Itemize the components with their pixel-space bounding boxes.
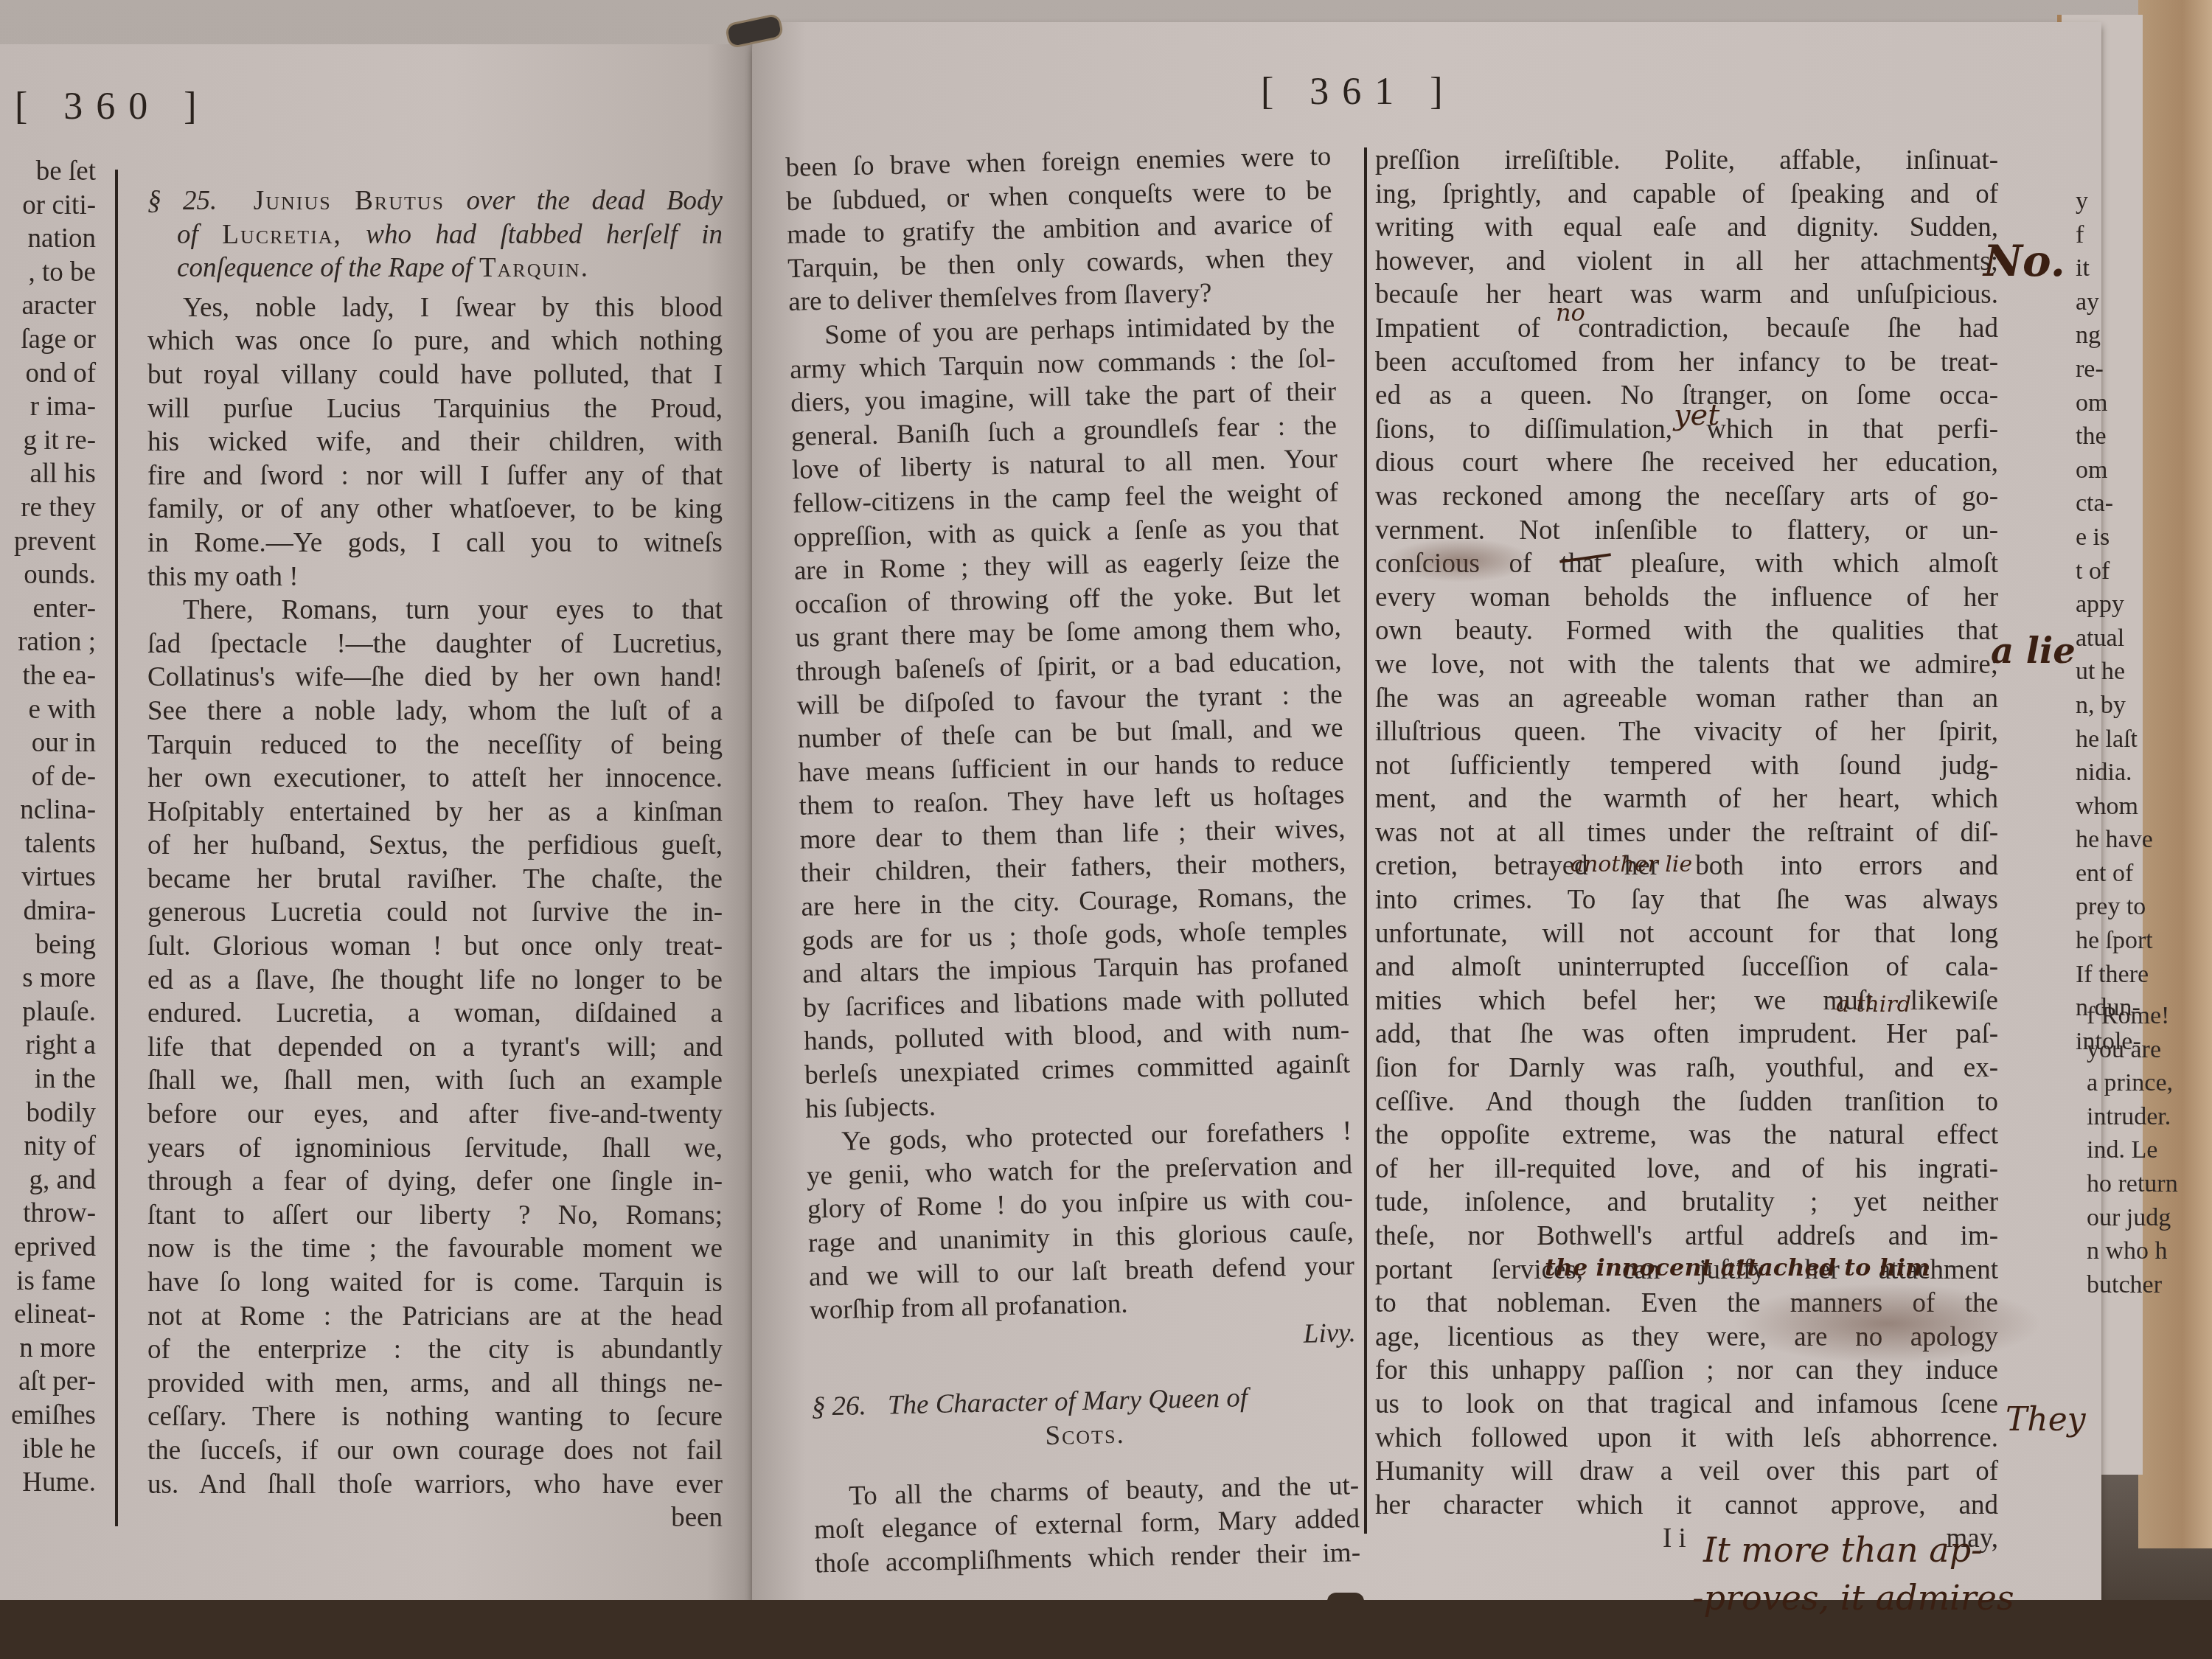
section-number: § 26. bbox=[811, 1391, 866, 1422]
fragment-line: prey to bbox=[2076, 890, 2153, 924]
text-line: of her ill-requited love, and of his ing… bbox=[1375, 1152, 1998, 1186]
fragment-line: nity of bbox=[0, 1130, 96, 1164]
left-folio: [ 360 ] bbox=[15, 85, 210, 128]
fragment-line: our judg bbox=[2087, 1201, 2178, 1235]
fragment-line: ind. Le bbox=[2087, 1133, 2178, 1167]
text-line: ceſſive. And though the ſudden tranſitio… bbox=[1375, 1085, 1998, 1119]
annotation-yet: yet bbox=[1674, 398, 1719, 432]
fragment-line: , to be bbox=[0, 256, 96, 290]
section-26-body: To all the charms of beauty, and the ut-… bbox=[813, 1469, 1361, 1581]
text-line: which followed upon it with leſs abhorre… bbox=[1375, 1422, 1998, 1455]
text-line: own beauty. Formed with the qualities th… bbox=[1375, 614, 1998, 648]
annotation-bottom-2: -proves, it admires bbox=[1692, 1578, 2014, 1618]
fragment-line: r ima- bbox=[0, 390, 96, 424]
text-line: theſe, nor Bothwell's artful addreſs and… bbox=[1375, 1220, 1998, 1253]
book-photo: [ 360 ] [ 361 ] be ſetor citi-nation, to… bbox=[0, 0, 2212, 1659]
annotation-a-lie: a lie bbox=[1991, 630, 2076, 672]
fragment-line: prevent bbox=[0, 525, 96, 559]
fragment-line: ent of bbox=[2076, 857, 2153, 891]
text-line: became her brutal raviſher. The chaſte, … bbox=[147, 863, 723, 897]
section-26: § 26. The Character of Mary Queen of Sco… bbox=[811, 1380, 1360, 1581]
text-line: before our eyes, and after five-and-twen… bbox=[147, 1098, 723, 1132]
text-line: into crimes. To ſay that ſhe was always bbox=[1375, 883, 1998, 917]
text-line: through a fear of dying, defer one ſingl… bbox=[147, 1165, 723, 1199]
fragment-line: he have bbox=[2076, 823, 2153, 857]
fragment-line: it bbox=[2076, 251, 2153, 285]
fragment-line: throw- bbox=[0, 1197, 96, 1231]
fragment-line: butcher bbox=[2087, 1268, 2178, 1302]
fragment-line: intruder. bbox=[2087, 1100, 2178, 1134]
fragment-line: ond of bbox=[0, 357, 96, 391]
fragment-line: n, by bbox=[2076, 689, 2153, 723]
fragment-line: enter- bbox=[0, 592, 96, 626]
fragment-line: aſt per- bbox=[0, 1365, 96, 1399]
text-line: Impatient of contradiction, becauſe ſhe … bbox=[1375, 312, 1998, 346]
text-line: preſſion irreſiſtible. Polite, affable, … bbox=[1375, 144, 1998, 178]
fragment-line: re- bbox=[2076, 352, 2153, 386]
annotation-bottom-1: It more than ap- bbox=[1703, 1530, 1983, 1570]
text-line: ment, and the warmth of her heart, which bbox=[1375, 782, 1998, 816]
section-25-heading: § 25. Junius Brutus over the dead Body bbox=[147, 184, 723, 218]
fragment-line: ible he bbox=[0, 1433, 96, 1467]
underlying-fragments-top: yfitayngre-omtheomcta-e ist ofappyatualu… bbox=[2076, 184, 2153, 1058]
text-line: but royal villany could have polluted, t… bbox=[147, 358, 723, 392]
fragment-line: nidia. bbox=[2076, 756, 2153, 790]
text-line: provided with men, arms, and all things … bbox=[147, 1367, 723, 1401]
text-line: becauſe her heart was warm and unſuſpici… bbox=[1375, 278, 1998, 312]
text-line: been accuſtomed from her infancy to be t… bbox=[1375, 346, 1998, 380]
fragment-line: is fame bbox=[0, 1265, 96, 1298]
fragment-line: ounds. bbox=[0, 558, 96, 592]
annotation-another-lie: another lie bbox=[1571, 852, 1692, 877]
right-column-a: been ſo brave when foreign enemies were … bbox=[785, 140, 1360, 1581]
text-line: of her huſband, Sextus, the perfidious g… bbox=[147, 829, 723, 863]
fragment-line: be ſet bbox=[0, 155, 96, 189]
fragment-line: talents bbox=[0, 827, 96, 861]
fragment-line: atual bbox=[2076, 622, 2153, 655]
fragment-line: n more bbox=[0, 1332, 96, 1366]
fragment-line: of de- bbox=[0, 760, 96, 794]
annotation-no-small: no bbox=[1556, 299, 1585, 327]
fragment-line: ſage or bbox=[0, 323, 96, 357]
text-line: ſad ſpectacle !—the daughter of Lucretiu… bbox=[147, 627, 723, 661]
text-line: unfortunate, will not account for that l… bbox=[1375, 917, 1998, 951]
fragment-line: f bbox=[2076, 218, 2153, 252]
fragment-line: in the bbox=[0, 1062, 96, 1096]
section-25-heading-3: conſequence of the Rape of Tarquin. bbox=[147, 251, 723, 285]
fragment-line: dmira- bbox=[0, 894, 96, 928]
text-line: ceſſary. There is nothing wanting to ſec… bbox=[147, 1400, 723, 1434]
fragment-line: om bbox=[2076, 386, 2153, 420]
right-folio: [ 361 ] bbox=[1261, 70, 1456, 114]
text-line: Humanity will draw a veil over this part… bbox=[1375, 1455, 1998, 1489]
text-line: See there a noble lady, whom the luſt of… bbox=[147, 695, 723, 728]
fragment-line: eprived bbox=[0, 1231, 96, 1265]
text-line: dious court where ſhe received her educa… bbox=[1375, 446, 1998, 480]
fragment-line: re they bbox=[0, 491, 96, 525]
fragment-line: Hume. bbox=[0, 1466, 96, 1500]
underlying-fragments-bottom: f Rome!you area prince,intruder.ind. Leh… bbox=[2087, 999, 2178, 1301]
text-line: of the enterprize : the city is abundant… bbox=[147, 1333, 723, 1367]
text-line: Tarquin reduced to the neceſſity of bein… bbox=[147, 728, 723, 762]
text-line: in Rome.—Ye gods, I call you to witneſs bbox=[147, 526, 723, 560]
fragment-line: bodily bbox=[0, 1096, 96, 1130]
fragment-line: the bbox=[2076, 420, 2153, 453]
text-line: have ſo long waited for is come. Tarquin… bbox=[147, 1266, 723, 1300]
fragment-line: ay bbox=[2076, 285, 2153, 319]
fragment-line: e is bbox=[2076, 521, 2153, 554]
text-line: There, Romans, turn your eyes to that bbox=[147, 594, 723, 627]
fragment-line: nclina- bbox=[0, 793, 96, 827]
text-line: this my oath ! bbox=[147, 560, 723, 594]
fragment-line: ho return bbox=[2087, 1167, 2178, 1201]
text-line: was not at all times under the reſtraint… bbox=[1375, 816, 1998, 850]
left-fragment-column: be ſetor citi-nation, to bearacterſage o… bbox=[0, 155, 96, 1500]
fragment-line: he ſport bbox=[2076, 924, 2153, 958]
fragment-line: whom bbox=[2076, 790, 2153, 824]
text-line: family, or of any other whatſoever, to b… bbox=[147, 493, 723, 526]
fragment-line: plauſe. bbox=[0, 995, 96, 1029]
section-25-heading-2: of Lucretia, who had ſtabbed herſelf in bbox=[147, 218, 723, 252]
text-line: illuſtrious queen. The vivacity of her ſ… bbox=[1375, 715, 1998, 749]
fragment-line: a prince, bbox=[2087, 1066, 2178, 1100]
text-line: her own executioner, to atteſt her innoc… bbox=[147, 762, 723, 796]
section-25: § 25. Junius Brutus over the dead Body o… bbox=[147, 184, 723, 1535]
text-line: ing, ſprightly, and capable of ſpeaking … bbox=[1375, 178, 1998, 212]
catchword: been bbox=[147, 1501, 723, 1535]
text-line: us. And ſhall thoſe warriors, who have e… bbox=[147, 1468, 723, 1502]
text-line: ſult. Glorious woman ! but once only tre… bbox=[147, 930, 723, 964]
text-line: years of ignominious ſervitude, ſhall we… bbox=[147, 1132, 723, 1166]
fragment-line: all his bbox=[0, 457, 96, 491]
signature-mark: I i bbox=[1663, 1522, 1686, 1556]
section-number: § 25. bbox=[147, 186, 217, 216]
fragment-line: our in bbox=[0, 726, 96, 760]
page-tear bbox=[1327, 1593, 1364, 1659]
text-line: the oppoſite extreme, was the natural ef… bbox=[1375, 1119, 1998, 1152]
text-line: ſhall we, ſhall men, with ſuch an exampl… bbox=[147, 1064, 723, 1098]
fragment-line: y bbox=[2076, 184, 2153, 218]
fragment-line: g it re- bbox=[0, 424, 96, 458]
ink-smudge bbox=[1733, 1283, 2042, 1364]
fragment-line: right a bbox=[0, 1029, 96, 1062]
text-line: add, that ſhe was often imprudent. Her p… bbox=[1375, 1018, 1998, 1051]
text-line: the ſucceſs, if our own courage does not… bbox=[147, 1434, 723, 1468]
text-line: writing with equal eaſe and dignity. Sud… bbox=[1375, 211, 1998, 245]
text-line: fire and ſword : nor will I ſuffer any o… bbox=[147, 459, 723, 493]
text-line: tude, inſolence, and brutality ; yet nei… bbox=[1375, 1186, 1998, 1220]
fragment-line: t of bbox=[2076, 554, 2153, 588]
annotation-no: No. bbox=[1983, 236, 2065, 286]
fragment-line: appy bbox=[2076, 588, 2153, 622]
column-rule-right bbox=[1364, 147, 1367, 1534]
text-line: Collatinus's wife—ſhe died by her own ha… bbox=[147, 661, 723, 695]
fragment-line: ut he bbox=[2076, 655, 2153, 689]
annotation-a-third: a third bbox=[1836, 992, 1911, 1018]
fragment-line: nation bbox=[0, 222, 96, 256]
fragment-line: ration ; bbox=[0, 625, 96, 659]
fragment-line: emiſhes bbox=[0, 1399, 96, 1433]
text-line: every woman beholds the influence of her bbox=[1375, 581, 1998, 615]
fragment-line: or citi- bbox=[0, 189, 96, 223]
fragment-line: s more bbox=[0, 961, 96, 995]
fragment-line: n who h bbox=[2087, 1234, 2178, 1268]
fragment-line: virtues bbox=[0, 860, 96, 894]
text-line: however, and violent in all her attachme… bbox=[1375, 245, 1998, 279]
text-line: Hoſpitably entertained by her as a kinſm… bbox=[147, 796, 723, 829]
fragment-line: you are bbox=[2087, 1033, 2178, 1067]
fragment-line: e with bbox=[0, 693, 96, 727]
text-line: endured. Lucretia, a woman, diſdained a bbox=[147, 997, 723, 1031]
fragment-line: If there bbox=[2076, 958, 2153, 992]
fragment-line: g, and bbox=[0, 1164, 96, 1197]
text-line: not at Rome : the Patricians are at the … bbox=[147, 1300, 723, 1334]
fragment-line: being bbox=[0, 928, 96, 962]
text-line: ſhe was an agreeable woman rather than a… bbox=[1375, 682, 1998, 716]
text-line: life that depended on a tyrant's will; a… bbox=[147, 1031, 723, 1065]
section-25-body: Yes, noble lady, I ſwear by this bloodwh… bbox=[147, 291, 723, 1501]
fragment-line: he laſt bbox=[2076, 723, 2153, 757]
text-line: her character which it cannot approve, a… bbox=[1375, 1489, 1998, 1523]
text-line: his wicked wife, and their children, wit… bbox=[147, 425, 723, 459]
text-line: us to look on that tragical and infamous… bbox=[1375, 1388, 1998, 1422]
text-line: generous Lucretia could not ſurvive the … bbox=[147, 896, 723, 930]
text-line: ſion for Darnly was raſh, youthful, and … bbox=[1375, 1051, 1998, 1085]
text-line: which was once ſo pure, and which nothin… bbox=[147, 324, 723, 358]
ink-smudge-2 bbox=[1386, 538, 1534, 582]
text-line: ed as a ſlave, ſhe thought life no longe… bbox=[147, 964, 723, 998]
text-line: Yes, noble lady, I ſwear by this blood bbox=[147, 291, 723, 325]
fragment-line: elineat- bbox=[0, 1298, 96, 1332]
fragment-line: om bbox=[2076, 453, 2153, 487]
text-line: and almoſt uninterrupted ſucceſſion of c… bbox=[1375, 950, 1998, 984]
annotation-they: They bbox=[2006, 1401, 2086, 1439]
annotation-attachment: the innocent attached to him bbox=[1545, 1253, 1930, 1281]
text-line: now is the time ; the favourable moment … bbox=[147, 1232, 723, 1266]
fragment-line: cta- bbox=[2076, 487, 2153, 521]
column-a-body: been ſo brave when foreign enemies were … bbox=[785, 140, 1355, 1328]
fragment-line: ng bbox=[2076, 319, 2153, 352]
fragment-line: f Rome! bbox=[2087, 999, 2178, 1033]
text-line: ſtant to aſſert our liberty ? No, Romans… bbox=[147, 1199, 723, 1233]
text-line: was reckoned among the neceſſary arts of… bbox=[1375, 480, 1998, 514]
text-line: not ſufficiently tempered with ſound jud… bbox=[1375, 749, 1998, 783]
fragment-line: aracter bbox=[0, 289, 96, 323]
text-line: will purſue Lucius Tarquinius the Proud, bbox=[147, 392, 723, 426]
text-line: we love, not with the talents that we ad… bbox=[1375, 648, 1998, 682]
fragment-line: the ea- bbox=[0, 659, 96, 693]
column-rule bbox=[115, 170, 118, 1526]
